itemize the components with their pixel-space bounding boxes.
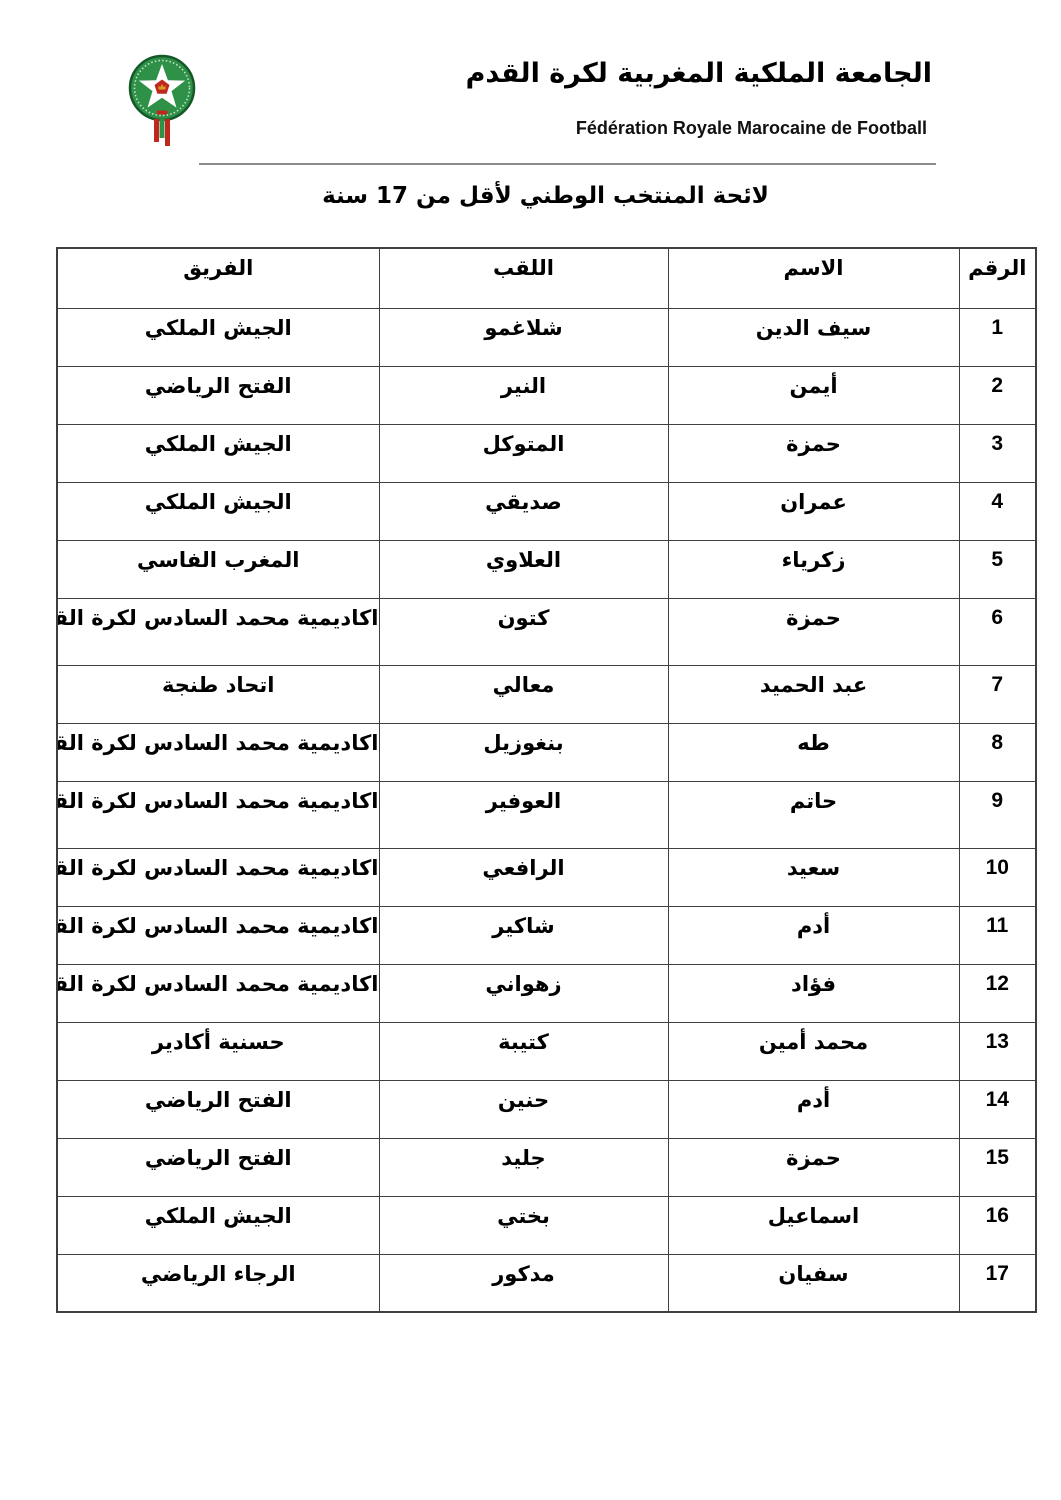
cell-surname: النير <box>379 366 668 424</box>
org-name-arabic: الجامعة الملكية المغربية لكرة القدم <box>466 58 932 89</box>
cell-name: أيمن <box>668 366 959 424</box>
cell-name: فؤاد <box>668 964 959 1022</box>
table-row: 15حمزةجليدالفتح الرياضي <box>57 1138 1036 1196</box>
cell-team: الفتح الرياضي <box>57 1080 379 1138</box>
cell-rank: 15 <box>959 1138 1036 1196</box>
cell-surname: شاكير <box>379 906 668 964</box>
cell-surname: بختي <box>379 1196 668 1254</box>
cell-surname: شلاغمو <box>379 308 668 366</box>
cell-name: سيف الدين <box>668 308 959 366</box>
cell-surname: مدكور <box>379 1254 668 1312</box>
cell-name: حمزة <box>668 1138 959 1196</box>
cell-team: الجيش الملكي <box>57 1196 379 1254</box>
cell-team: الجيش الملكي <box>57 482 379 540</box>
cell-team: الجيش الملكي <box>57 424 379 482</box>
cell-name: سفيان <box>668 1254 959 1312</box>
cell-team: الجيش الملكي <box>57 308 379 366</box>
cell-team: الفتح الرياضي <box>57 1138 379 1196</box>
players-table: الرقمالاسماللقبالفريق 1سيف الدينشلاغموال… <box>56 247 1037 1313</box>
cell-name: محمد أمين <box>668 1022 959 1080</box>
cell-rank: 5 <box>959 540 1036 598</box>
cell-team: حسنية أكادير <box>57 1022 379 1080</box>
cell-name: عبد الحميد <box>668 665 959 723</box>
header-rule <box>199 163 936 165</box>
cell-rank: 6 <box>959 598 1036 665</box>
cell-team: اكاديمية محمد السادس لكرة القدم <box>57 598 379 665</box>
table-row: 14أدمحنينالفتح الرياضي <box>57 1080 1036 1138</box>
cell-surname: حنين <box>379 1080 668 1138</box>
cell-rank: 9 <box>959 781 1036 848</box>
cell-rank: 8 <box>959 723 1036 781</box>
cell-team: اكاديمية محمد السادس لكرة القدم <box>57 906 379 964</box>
cell-team: اكاديمية محمد السادس لكرة القدم <box>57 848 379 906</box>
table-row: 8طهبنغوزيلاكاديمية محمد السادس لكرة القد… <box>57 723 1036 781</box>
column-header-surname: اللقب <box>379 248 668 308</box>
table-row: 12فؤادزهوانياكاديمية محمد السادس لكرة ال… <box>57 964 1036 1022</box>
cell-rank: 12 <box>959 964 1036 1022</box>
cell-surname: معالي <box>379 665 668 723</box>
cell-surname: العوفير <box>379 781 668 848</box>
cell-name: أدم <box>668 906 959 964</box>
header-row: الرقمالاسماللقبالفريق <box>57 248 1036 308</box>
cell-name: حاتم <box>668 781 959 848</box>
table-row: 17سفيانمدكورالرجاء الرياضي <box>57 1254 1036 1312</box>
cell-name: زكرياء <box>668 540 959 598</box>
cell-rank: 10 <box>959 848 1036 906</box>
table-row: 3حمزةالمتوكلالجيش الملكي <box>57 424 1036 482</box>
cell-rank: 13 <box>959 1022 1036 1080</box>
cell-surname: جليد <box>379 1138 668 1196</box>
column-header-team: الفريق <box>57 248 379 308</box>
players-table-head: الرقمالاسماللقبالفريق <box>57 248 1036 308</box>
table-row: 6حمزةكتوناكاديمية محمد السادس لكرة القدم <box>57 598 1036 665</box>
cell-name: سعيد <box>668 848 959 906</box>
table-row: 13محمد أمينكتيبةحسنية أكادير <box>57 1022 1036 1080</box>
cell-surname: الرافعي <box>379 848 668 906</box>
table-row: 9حاتمالعوفيراكاديمية محمد السادس لكرة ال… <box>57 781 1036 848</box>
document-page: الجامعة الملكية المغربية لكرة القدم Fédé… <box>0 0 1061 1500</box>
cell-name: أدم <box>668 1080 959 1138</box>
table-row: 2أيمنالنيرالفتح الرياضي <box>57 366 1036 424</box>
cell-surname: بنغوزيل <box>379 723 668 781</box>
cell-team: الرجاء الرياضي <box>57 1254 379 1312</box>
document-title: لائحة المنتخب الوطني لأقل من 17 سنة <box>56 183 1035 209</box>
cell-team: المغرب الفاسي <box>57 540 379 598</box>
cell-rank: 16 <box>959 1196 1036 1254</box>
cell-surname: زهواني <box>379 964 668 1022</box>
frmf-logo <box>128 52 200 154</box>
cell-surname: صديقي <box>379 482 668 540</box>
cell-surname: المتوكل <box>379 424 668 482</box>
cell-rank: 7 <box>959 665 1036 723</box>
column-header-rank: الرقم <box>959 248 1036 308</box>
cell-rank: 3 <box>959 424 1036 482</box>
cell-name: حمزة <box>668 598 959 665</box>
column-header-name: الاسم <box>668 248 959 308</box>
frmf-crest-icon <box>128 52 200 154</box>
table-row: 5زكرياءالعلاويالمغرب الفاسي <box>57 540 1036 598</box>
cell-name: طه <box>668 723 959 781</box>
cell-rank: 11 <box>959 906 1036 964</box>
cell-team: اتحاد طنجة <box>57 665 379 723</box>
table-row: 1سيف الدينشلاغموالجيش الملكي <box>57 308 1036 366</box>
cell-name: عمران <box>668 482 959 540</box>
cell-team: اكاديمية محمد السادس لكرة القدم <box>57 781 379 848</box>
org-name-french: Fédération Royale Marocaine de Football <box>576 118 927 139</box>
table-row: 4عمرانصديقيالجيش الملكي <box>57 482 1036 540</box>
table-row: 11أدمشاكيراكاديمية محمد السادس لكرة القد… <box>57 906 1036 964</box>
cell-rank: 17 <box>959 1254 1036 1312</box>
players-table-body: 1سيف الدينشلاغموالجيش الملكي2أيمنالنيرال… <box>57 308 1036 1312</box>
cell-rank: 1 <box>959 308 1036 366</box>
cell-surname: العلاوي <box>379 540 668 598</box>
table-row: 10سعيدالرافعياكاديمية محمد السادس لكرة ا… <box>57 848 1036 906</box>
table-row: 7عبد الحميدمعالياتحاد طنجة <box>57 665 1036 723</box>
cell-surname: كتون <box>379 598 668 665</box>
cell-surname: كتيبة <box>379 1022 668 1080</box>
cell-team: اكاديمية محمد السادس لكرة القدم <box>57 723 379 781</box>
cell-rank: 4 <box>959 482 1036 540</box>
cell-rank: 14 <box>959 1080 1036 1138</box>
cell-team: اكاديمية محمد السادس لكرة القدم <box>57 964 379 1022</box>
cell-name: حمزة <box>668 424 959 482</box>
table-row: 16اسماعيلبختيالجيش الملكي <box>57 1196 1036 1254</box>
cell-team: الفتح الرياضي <box>57 366 379 424</box>
cell-name: اسماعيل <box>668 1196 959 1254</box>
cell-rank: 2 <box>959 366 1036 424</box>
